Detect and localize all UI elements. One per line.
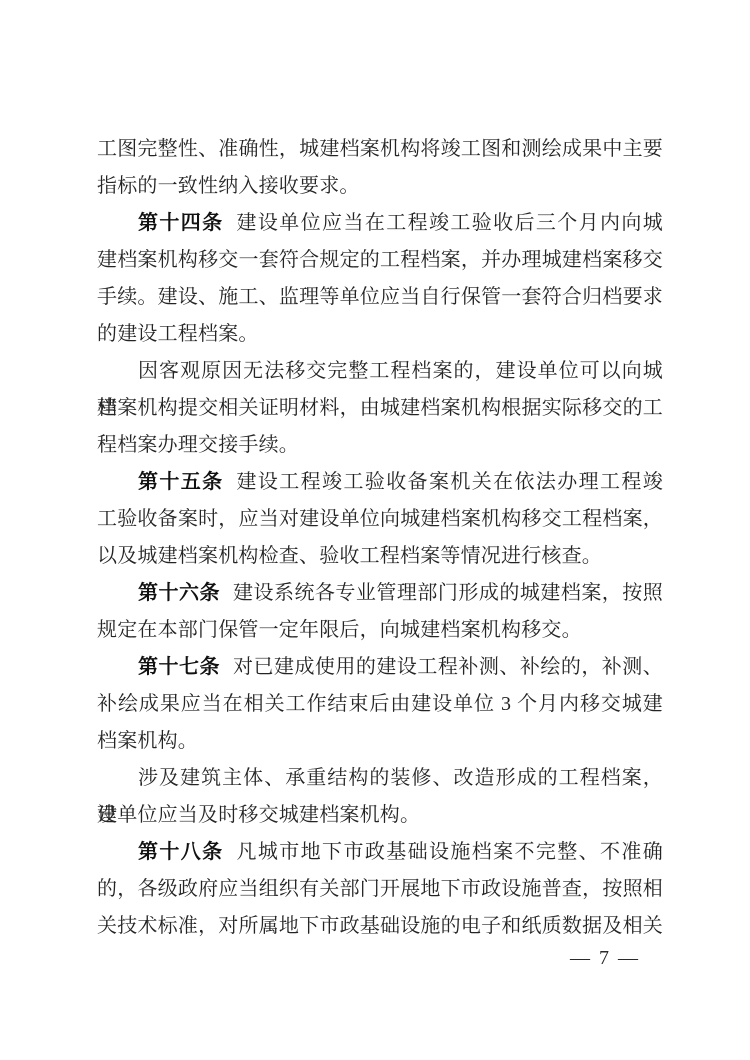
text-line: 指标的一致性纳入接收要求。	[97, 168, 663, 205]
text-line: 第十四条建设单位应当在工程竣工验收后三个月内向城	[97, 205, 663, 242]
line-text: 建设系统各专业管理部门形成的城建档案，按照	[233, 582, 663, 604]
article-number: 第十八条	[138, 841, 224, 863]
line-text: 档案机构。	[97, 730, 198, 752]
text-line: 程档案办理交接手续。	[97, 427, 663, 464]
text-line: 第十八条凡城市地下市政基础设施档案不完整、不准确	[97, 834, 663, 871]
text-line: 涉及建筑主体、承重结构的装修、改造形成的工程档案，建	[97, 760, 663, 797]
line-text: 补绘成果应当在相关工作结束后由建设单位 3 个月内移交城建	[97, 693, 663, 715]
article-number: 第十六条	[138, 582, 220, 604]
article-number: 第十四条	[138, 212, 224, 234]
text-line: 补绘成果应当在相关工作结束后由建设单位 3 个月内移交城建	[97, 686, 663, 723]
line-text: 的建设工程档案。	[97, 323, 259, 345]
text-line: 第十七条对已建成使用的建设工程补测、补绘的，补测、	[97, 649, 663, 686]
article-number: 第十七条	[138, 656, 220, 678]
line-text: 档案机构提交相关证明材料，由城建档案机构根据实际移交的工	[97, 397, 663, 419]
line-text: 工图完整性、准确性，城建档案机构将竣工图和测绘成果中主要	[97, 138, 663, 160]
line-text: 的，各级政府应当组织有关部门开展地下市政设施普查，按照相	[97, 878, 663, 900]
article-number: 第十五条	[138, 471, 224, 493]
text-line: 的，各级政府应当组织有关部门开展地下市政设施普查，按照相	[97, 871, 663, 908]
footer-left-dash: —	[570, 944, 590, 972]
text-line: 工图完整性、准确性，城建档案机构将竣工图和测绘成果中主要	[97, 131, 663, 168]
line-text: 指标的一致性纳入接收要求。	[97, 175, 360, 197]
document-body: 工图完整性、准确性，城建档案机构将竣工图和测绘成果中主要指标的一致性纳入接收要求…	[97, 131, 663, 945]
line-text: 设单位应当及时移交城建档案机构。	[97, 804, 420, 826]
text-line: 档案机构提交相关证明材料，由城建档案机构根据实际移交的工	[97, 390, 663, 427]
text-line: 以及城建档案机构检查、验收工程档案等情况进行核查。	[97, 538, 663, 575]
text-line: 关技术标准，对所属地下市政基础设施的电子和纸质数据及相关	[97, 908, 663, 945]
line-text: 关技术标准，对所属地下市政基础设施的电子和纸质数据及相关	[97, 915, 663, 937]
text-line: 档案机构。	[97, 723, 663, 760]
document-page: 工图完整性、准确性，城建档案机构将竣工图和测绘成果中主要指标的一致性纳入接收要求…	[0, 0, 750, 1060]
text-line: 建档案机构移交一套符合规定的工程档案，并办理城建档案移交	[97, 242, 663, 279]
line-text: 程档案办理交接手续。	[97, 434, 299, 456]
line-text: 凡城市地下市政基础设施档案不完整、不准确	[237, 841, 663, 863]
line-text: 建档案机构移交一套符合规定的工程档案，并办理城建档案移交	[97, 249, 663, 271]
page-footer: —7—	[570, 944, 638, 972]
line-text: 建设单位应当在工程竣工验收后三个月内向城	[237, 212, 663, 234]
text-line: 因客观原因无法移交完整工程档案的，建设单位可以向城建	[97, 353, 663, 390]
text-line: 工验收备案时，应当对建设单位向城建档案机构移交工程档案，	[97, 501, 663, 538]
line-text: 工验收备案时，应当对建设单位向城建档案机构移交工程档案，	[97, 508, 663, 530]
line-text: 手续。建设、施工、监理等单位应当自行保管一套符合归档要求	[97, 286, 663, 308]
text-line: 手续。建设、施工、监理等单位应当自行保管一套符合归档要求	[97, 279, 663, 316]
line-text: 对已建成使用的建设工程补测、补绘的，补测、	[233, 656, 663, 678]
line-text: 建设工程竣工验收备案机关在依法办理工程竣	[237, 471, 663, 493]
text-line: 第十六条建设系统各专业管理部门形成的城建档案，按照	[97, 575, 663, 612]
footer-right-dash: —	[618, 944, 638, 972]
text-line: 的建设工程档案。	[97, 316, 663, 353]
page-number: 7	[599, 944, 609, 972]
line-text: 规定在本部门保管一定年限后，向城建档案机构移交。	[97, 619, 582, 641]
text-line: 规定在本部门保管一定年限后，向城建档案机构移交。	[97, 612, 663, 649]
text-line: 设单位应当及时移交城建档案机构。	[97, 797, 663, 834]
text-line: 第十五条建设工程竣工验收备案机关在依法办理工程竣	[97, 464, 663, 501]
line-text: 以及城建档案机构检查、验收工程档案等情况进行核查。	[97, 545, 602, 567]
